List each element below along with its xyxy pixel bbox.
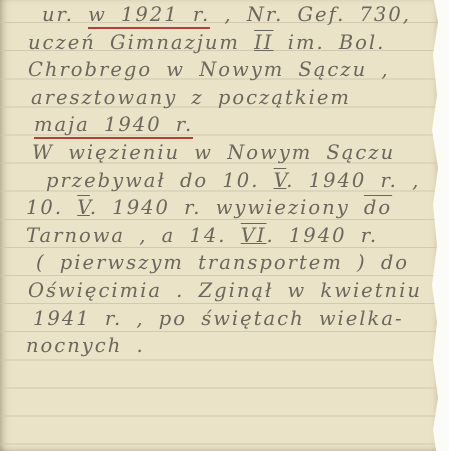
handwritten-line-6: W więzieniu w Nowym Sączu	[0, 139, 440, 167]
handwritten-text: ur. w 1921 r. , Nr. Gef. 730,uczeń Gimna…	[0, 1, 440, 360]
text-segment: 10.	[26, 196, 77, 219]
roman-numeral: VI	[241, 224, 267, 247]
text-segment: ( pierwszym transportem ) do	[36, 251, 409, 274]
handwritten-line-5: maja 1940 r.	[0, 111, 440, 139]
text-segment: W więzieniu w Nowym Sączu	[32, 141, 395, 164]
roman-numeral: V	[274, 169, 287, 192]
handwritten-line-11: Oświęcimia . Zginął w kwietniu	[0, 277, 440, 305]
roman-numeral: V	[77, 196, 90, 219]
handwritten-line-12: 1941 r. , po świętach wielka-	[0, 305, 440, 333]
text-segment: ur.	[42, 3, 88, 26]
handwritten-line-8: 10. V. 1940 r. wywieziony do	[0, 194, 440, 222]
handwritten-line-1: ur. w 1921 r. , Nr. Gef. 730,	[0, 1, 440, 29]
text-segment: 1941 r. , po świętach wielka-	[33, 307, 404, 330]
text-segment: im. Bol.	[274, 31, 386, 54]
handwritten-line-9: Tarnowa , a 14. VI. 1940 r.	[0, 222, 440, 250]
text-segment: . 1940 r. ,	[286, 169, 420, 192]
text-segment: Oświęcimia . Zginął w kwietniu	[28, 279, 422, 302]
text-segment: do	[364, 196, 392, 219]
text-segment: . 1940 r.	[266, 224, 378, 247]
handwritten-line-7: przebywał do 10. V. 1940 r. ,	[0, 167, 440, 195]
text-segment: Chrobrego w Nowym Sączu ,	[28, 58, 390, 81]
handwritten-line-10: ( pierwszym transportem ) do	[0, 249, 440, 277]
text-segment: nocnych .	[26, 334, 145, 357]
red-underlined-text: maja 1940 r.	[34, 113, 193, 139]
handwritten-line-4: aresztowany z początkiem	[0, 84, 440, 112]
text-segment: uczeń Gimnazjum	[28, 31, 254, 54]
text-segment: . 1940 r. wywieziony	[90, 196, 364, 219]
text-segment: przebywał do 10.	[46, 169, 274, 192]
text-segment: aresztowany z początkiem	[31, 86, 351, 109]
handwritten-line-13: nocnych .	[0, 332, 440, 360]
text-segment: , Nr. Gef. 730,	[210, 3, 411, 26]
notebook-page: ur. w 1921 r. , Nr. Gef. 730,uczeń Gimna…	[0, 0, 440, 451]
roman-numeral: II	[254, 31, 273, 54]
handwritten-line-2: uczeń Gimnazjum II im. Bol.	[0, 29, 440, 57]
red-underlined-text: w 1921 r.	[88, 3, 210, 29]
text-segment: Tarnowa , a 14.	[26, 224, 241, 247]
handwritten-line-3: Chrobrego w Nowym Sączu ,	[0, 56, 440, 84]
